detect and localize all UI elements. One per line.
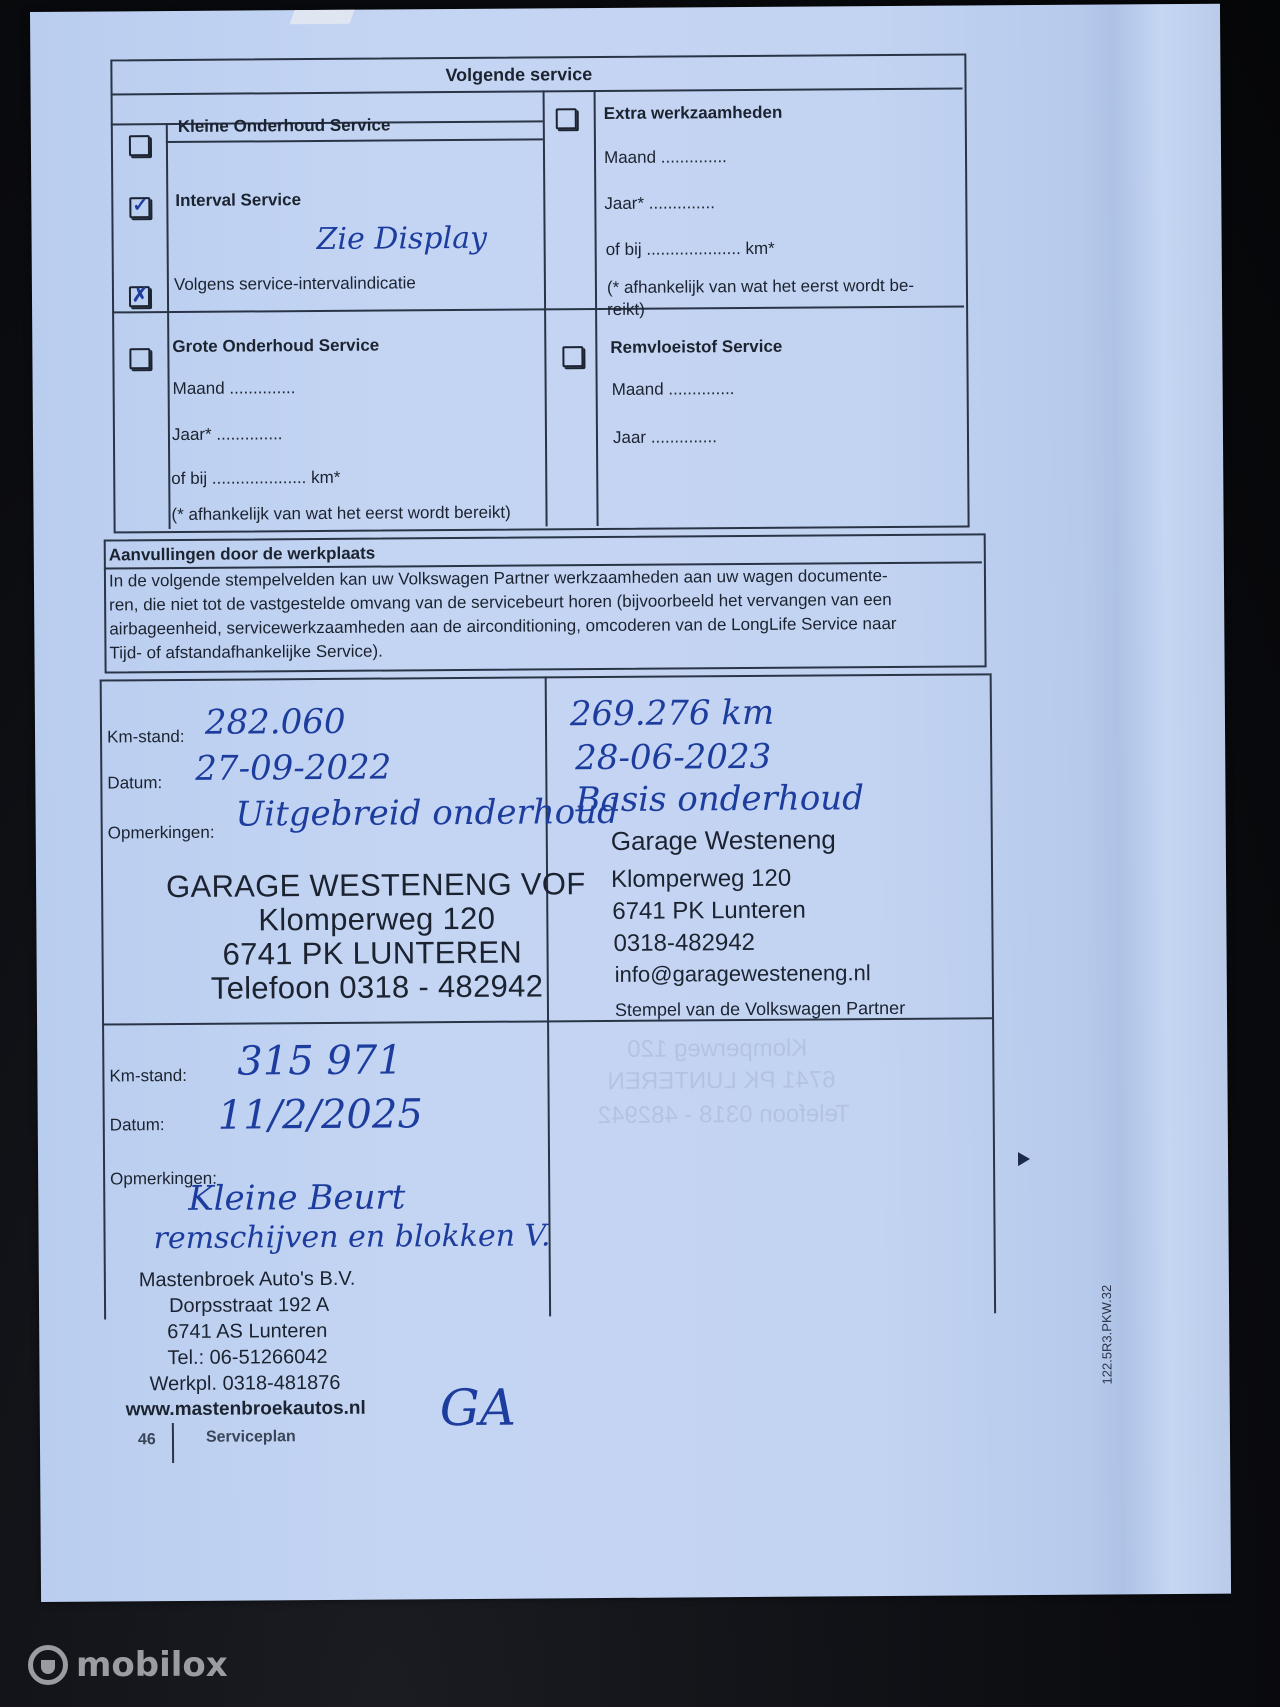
- bleed-through-stamp: Klomperweg 120: [627, 1035, 807, 1064]
- entry3-km-value: 315 971: [237, 1037, 403, 1084]
- extra-werkzaamheden-checkbox[interactable]: [556, 108, 577, 129]
- entry3-remarks-line1: Kleine Beurt: [188, 1177, 405, 1219]
- entry1-km-value: 282.060: [205, 702, 346, 743]
- entry3-stamp-line: Werkpl. 0318-481876: [150, 1372, 341, 1396]
- volgens-indicatie-checkbox[interactable]: [129, 286, 150, 307]
- bleed-through-stamp: 6741 PK LUNTEREN: [607, 1066, 835, 1096]
- entry2-stamp-line: 6741 PK Lunteren: [612, 897, 806, 926]
- entry3-stamp-line: Mastenbroek Auto's B.V.: [139, 1268, 356, 1293]
- kleine-onderhoud-label: Kleine Onderhoud Service: [178, 115, 391, 136]
- signature: GA: [440, 1379, 516, 1438]
- mobilox-logo-icon: [28, 1645, 68, 1685]
- footer-section: Serviceplan: [206, 1428, 296, 1447]
- grote-maand-field[interactable]: Maand ..............: [173, 378, 296, 399]
- remvloeistof-label: Remvloeistof Service: [610, 337, 782, 358]
- km-stand-label: Km-stand:: [107, 727, 185, 748]
- handwritten-interval-note: Zie Display: [316, 221, 487, 257]
- extra-werkzaamheden-label: Extra werkzaamheden: [604, 103, 783, 124]
- entry2-stamp-line: info@garagewesteneng.nl: [615, 960, 871, 988]
- grote-onderhoud-label: Grote Onderhoud Service: [172, 336, 379, 357]
- km-stand-label: Km-stand:: [109, 1066, 187, 1087]
- remvloeistof-jaar-field[interactable]: Jaar ..............: [613, 427, 717, 448]
- entry2-date-value: 28-06-2023: [575, 737, 771, 778]
- bleed-through-stamp: Telefoon 0318 - 482942: [598, 1100, 850, 1130]
- grote-km-field[interactable]: of bij .................... km*: [171, 468, 340, 489]
- entry1-stamp-line: Telefoon 0318 - 482942: [211, 968, 544, 1006]
- divider: [172, 1423, 174, 1463]
- extra-jaar-field[interactable]: Jaar* ..............: [604, 193, 715, 214]
- grote-jaar-field[interactable]: Jaar* ..............: [172, 424, 283, 445]
- entry1-stamp-line: 6741 PK LUNTEREN: [222, 935, 522, 973]
- entry3-stamp-line: www.mastenbroekautos.nl: [126, 1398, 366, 1422]
- entry2-stamp-line: 0318-482942: [613, 929, 755, 958]
- divider: [990, 673, 996, 1313]
- volgens-indicatie-label: Volgens service-intervalindicatie: [174, 273, 416, 295]
- service-booklet-page: Volgende service Kleine Onderhoud Servic…: [30, 4, 1231, 1602]
- datum-label: Datum:: [110, 1115, 165, 1135]
- entry2-stamp-line: Garage Westeneng: [611, 824, 836, 857]
- remvloeistof-maand-field[interactable]: Maand ..............: [612, 379, 735, 400]
- entry2-stamp-line: Klomperweg 120: [611, 865, 791, 894]
- entry3-remarks-line2: remschijven en blokken V.: [153, 1218, 550, 1256]
- extra-km-field[interactable]: of bij .................... km*: [606, 239, 775, 260]
- grote-onderhoud-checkbox[interactable]: [129, 348, 150, 369]
- spine-code: 122.5R3.PKW.32: [1099, 1285, 1115, 1385]
- remvloeistof-checkbox[interactable]: [562, 346, 583, 367]
- extra-note-line1: (* afhankelijk van wat het eerst wordt b…: [607, 276, 914, 298]
- entry2-km-value: 269.276 km: [570, 693, 775, 734]
- extra-maand-field[interactable]: Maand ..............: [604, 147, 727, 168]
- interval-service-label: Interval Service: [175, 190, 301, 211]
- entry2-remarks-value: Basis onderhoud: [575, 778, 864, 820]
- entry3-stamp-line: Dorpsstraat 192 A: [169, 1294, 329, 1318]
- page-edge: [290, 10, 355, 24]
- volgende-service-title: Volgende service: [445, 64, 592, 86]
- entry3-stamp-line: Tel.: 06-51266042: [167, 1346, 327, 1370]
- entry1-stamp-line: Klomperweg 120: [258, 901, 495, 939]
- watermark-text: mobilox: [76, 1645, 228, 1685]
- divider: [100, 680, 106, 1320]
- grote-note: (* afhankelijk van wat het eerst wordt b…: [171, 503, 510, 525]
- mobilox-watermark: mobilox: [28, 1645, 228, 1685]
- interval-service-checkbox[interactable]: [129, 197, 150, 218]
- entry1-date-value: 27-09-2022: [195, 747, 391, 788]
- extra-note-line2: reikt): [607, 300, 645, 320]
- entry3-date-value: 11/2/2025: [218, 1091, 423, 1138]
- opmerkingen-label: Opmerkingen:: [108, 823, 215, 844]
- entry1-remarks-value: Uitgebreid onderhoud: [235, 792, 618, 835]
- page-number: 46: [138, 1431, 156, 1449]
- aanvullingen-text-line: Tijd- of afstandafhankelijke Service).: [109, 642, 383, 664]
- next-page-arrow-icon: [1018, 1152, 1030, 1166]
- aanvullingen-title: Aanvullingen door de werkplaats: [109, 544, 376, 566]
- entry1-stamp-line: GARAGE WESTENENG VOF: [166, 866, 586, 905]
- stamp-caption: Stempel van de Volkswagen Partner: [615, 998, 905, 1021]
- datum-label: Datum:: [107, 773, 162, 793]
- entry3-stamp-line: 6741 AS Lunteren: [167, 1320, 327, 1344]
- kleine-onderhoud-checkbox[interactable]: [129, 135, 150, 156]
